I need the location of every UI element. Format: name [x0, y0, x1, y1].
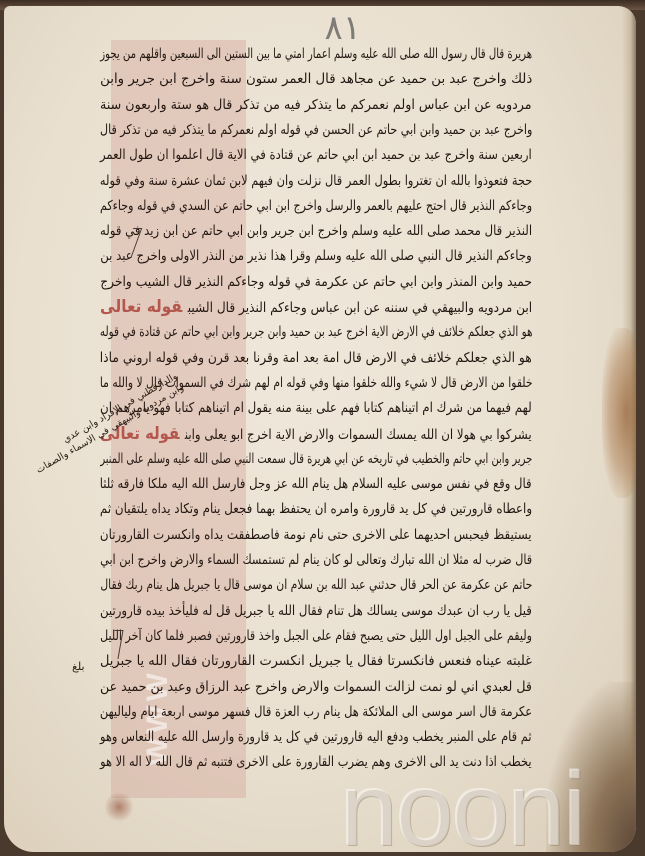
line-text: هو الذي جعلكم خلائف في الارض الاية اخرج … — [99, 324, 532, 340]
line-text: ذلك واخرج عبد بن حميد عن مجاهد قال العمر… — [100, 71, 532, 87]
line-text: يشركوا بي هولا ان الله يمسك السموات والا… — [185, 427, 532, 443]
line-text: هو الذي جعلكم خلائف في الارض قال امة بعد… — [100, 350, 532, 366]
line-text: ثم قام على المنبر يخطب ودفع اليه قارورتي… — [100, 729, 532, 745]
line-text: النذير قال محمد صلى الله عليه وسلم واخرج… — [100, 223, 532, 239]
nooni-watermark: nooni — [340, 758, 584, 856]
line-text: قل لعبدي اني لو نمت لزالت السموات والارض… — [100, 679, 532, 695]
ink-blot — [105, 791, 133, 823]
water-stain — [602, 328, 636, 498]
rubric-heading: قوله تعالى — [100, 297, 182, 317]
line-text: حاتم عن عكرمة عن الحر قال حدثني عبد الله… — [100, 577, 532, 593]
line-text: جرير وابن ابي حاتم والخطيب في تاريخه عن … — [100, 451, 532, 467]
line-text: قال ضرب له مثلا ان الله تبارك وتعالى لو … — [100, 552, 532, 568]
line-text: واخرج عبد بن حميد وابن ابي حاتم عن الحسن… — [100, 122, 532, 138]
line-text: يستيقظ فيحبس احديهما على الاخرى حتى نام … — [100, 527, 532, 543]
line-text: قيل يا رب ان عبدك موسى يسالك هل تنام فقا… — [100, 603, 532, 619]
line-text: قال وقع في نفس موسى عليه السلام هل ينام … — [100, 476, 532, 492]
collation-mark: بلغ — [72, 660, 85, 673]
line-text: ابن مردويه والبيهقي في سننه عن ابن عباس … — [188, 300, 532, 316]
line-text: واعطاه قارورتين في كل يد قارورة وامره ان… — [100, 501, 532, 517]
line-text: اربعين سنة واخرج عبد بن حميد ابن ابي حات… — [100, 147, 532, 163]
line-text: حميد وابن المنذر وابن ابي حاتم عن عكرمة … — [100, 274, 532, 290]
line-text: وجاءكم النذير قال احتج عليهم بالعمر والر… — [100, 198, 532, 214]
line-text: مردويه عن ابن عباس اولم نعمركم ما يتذكر … — [101, 97, 532, 113]
line-text: وجاءكم النذير قال النبي صلى الله عليه وس… — [100, 248, 532, 264]
line-text: غلبته عيناه فنعس فانكسرتا فقال يا جبريل … — [100, 653, 532, 669]
line-text: حجة فتعوذوا بالله ان تغتروا بطول العمر ق… — [100, 173, 532, 189]
line-text: وليقم على الجبل اول الليل حتى يصبح فقام … — [100, 628, 532, 644]
line-text: هريرة قال قال رسول الله صلى الله عليه وس… — [100, 46, 532, 62]
line-text: عكرمة قال اسر موسى الى الملائكة هل ينام … — [100, 704, 532, 720]
